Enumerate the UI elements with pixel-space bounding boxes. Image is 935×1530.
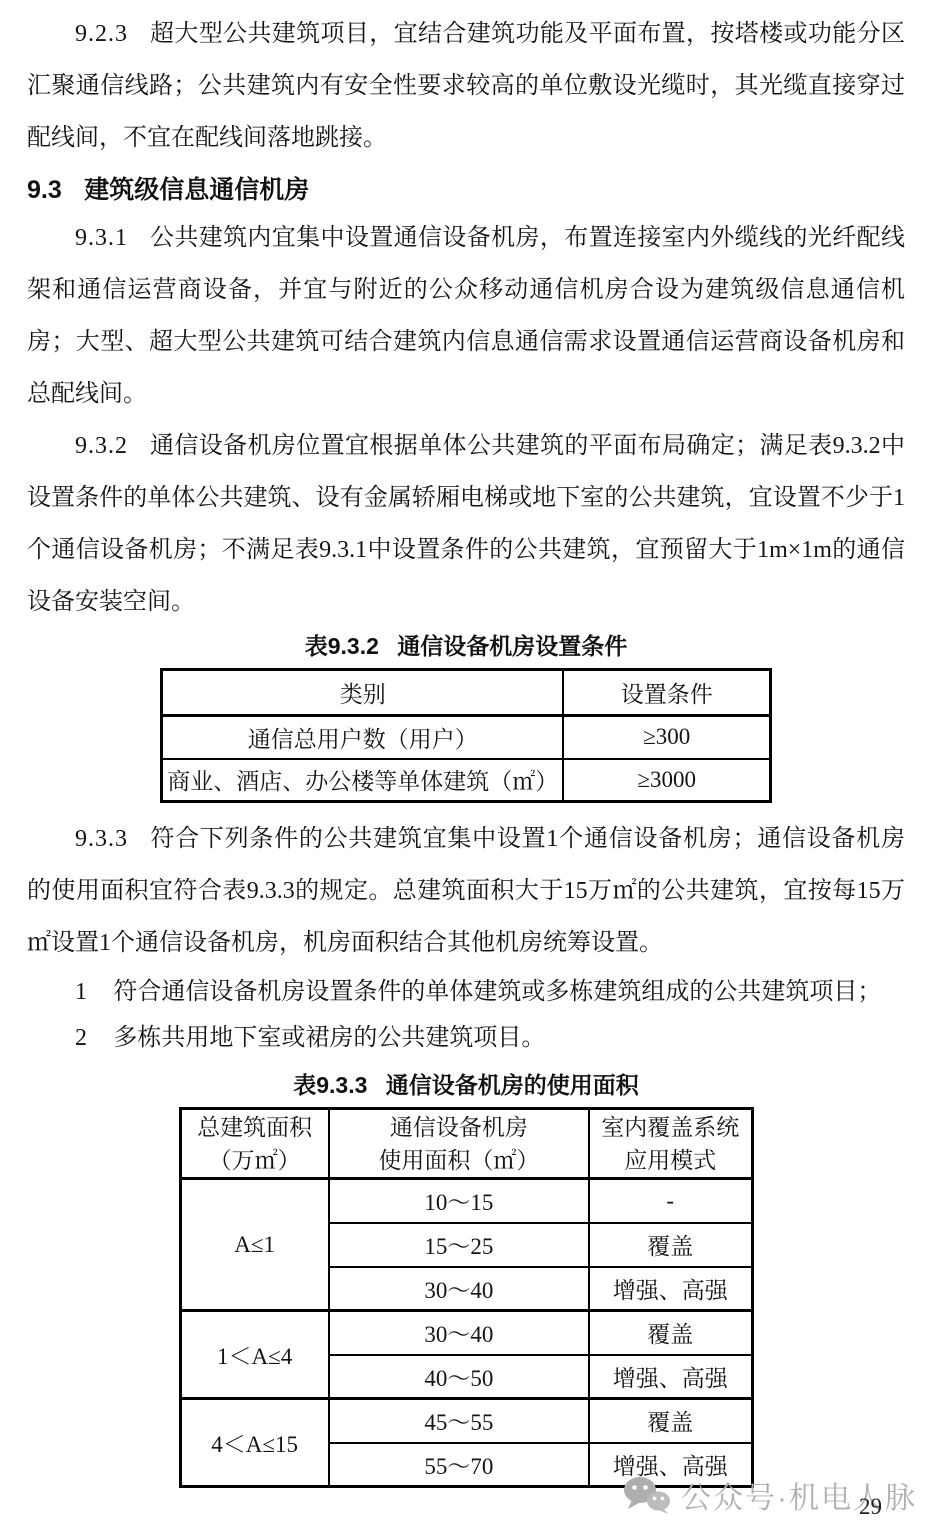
document-page: 9.2.3超大型公共建筑项目，宜结合建筑功能及平面布置，按塔楼或功能分区汇聚通信… — [0, 0, 935, 1530]
section-title: 建筑级信息通信机房 — [84, 176, 309, 204]
header-cell-total-area: 总建筑面积 （万㎡） — [180, 1109, 329, 1179]
page-content: 9.2.3超大型公共建筑项目，宜结合建筑功能及平面布置，按塔楼或功能分区汇聚通信… — [0, 0, 935, 1488]
clause-number: 9.3.1 — [75, 225, 128, 251]
table-9-3-3: 总建筑面积 （万㎡） 通信设备机房 使用面积（㎡） 室内覆盖系统 应用模式 A≤… — [179, 1107, 754, 1488]
table-9-3-2: 类别 设置条件 通信总用户数（用户） ≥300 商业、酒店、办公楼等单体建筑（㎡… — [160, 668, 772, 803]
cell-coverage-mode: 覆盖 — [589, 1311, 752, 1355]
cell-room-area: 15～25 — [329, 1223, 589, 1267]
paragraph-9-3-2: 9.3.2通信设备机房位置宜根据单体公共建筑的平面布局确定；满足表9.3.2中设… — [27, 420, 905, 628]
cell-area-range: A≤1 — [180, 1179, 329, 1311]
table-row: 通信总用户数（用户） ≥300 — [162, 716, 771, 759]
table-caption-label: 表9.3.2 — [305, 633, 379, 659]
item-text: 符合通信设备机房设置条件的单体建筑或多栋建筑组成的公共建筑项目； — [113, 979, 881, 1005]
clause-text: 符合下列条件的公共建筑宜集中设置1个通信设备机房；通信设备机房的使用面积宜符合表… — [27, 826, 905, 956]
cell-room-area: 55～70 — [329, 1443, 589, 1487]
table-9-3-2-caption: 表9.3.2通信设备机房设置条件 — [27, 630, 905, 662]
list-item-1: 1符合通信设备机房设置条件的单体建筑或多栋建筑组成的公共建筑项目； — [27, 969, 905, 1015]
clause-text: 超大型公共建筑项目，宜结合建筑功能及平面布置，按塔楼或功能分区汇聚通信线路；公共… — [27, 21, 905, 151]
table-caption-title: 通信设备机房设置条件 — [397, 633, 627, 659]
cell-condition: ≥300 — [563, 716, 770, 759]
cell-room-area: 40～50 — [329, 1355, 589, 1399]
table-header-row: 类别 设置条件 — [162, 670, 771, 716]
clause-number: 9.2.3 — [75, 21, 128, 47]
cell-area-range: 1＜A≤4 — [180, 1311, 329, 1399]
table-row: A≤1 10～15 - — [180, 1179, 752, 1223]
table-header-row: 总建筑面积 （万㎡） 通信设备机房 使用面积（㎡） 室内覆盖系统 应用模式 — [180, 1109, 752, 1179]
cell-coverage-mode: - — [589, 1179, 752, 1223]
cell-room-area: 30～40 — [329, 1311, 589, 1355]
cell-room-area: 30～40 — [329, 1267, 589, 1311]
table-row: 商业、酒店、办公楼等单体建筑（㎡） ≥3000 — [162, 759, 771, 802]
item-number: 2 — [75, 1025, 87, 1051]
cell-coverage-mode: 增强、高强 — [589, 1355, 752, 1399]
clause-text: 公共建筑内宜集中设置通信设备机房，布置连接室内外缆线的光纤配线架和通信运营商设备… — [27, 225, 905, 407]
table-caption-title: 通信设备机房的使用面积 — [386, 1072, 639, 1098]
table-row: 4＜A≤15 45～55 覆盖 — [180, 1399, 752, 1443]
cell-room-area: 45～55 — [329, 1399, 589, 1443]
paragraph-9-2-3: 9.2.3超大型公共建筑项目，宜结合建筑功能及平面布置，按塔楼或功能分区汇聚通信… — [27, 8, 905, 164]
cell-coverage-mode: 覆盖 — [589, 1223, 752, 1267]
header-cell-room-area: 通信设备机房 使用面积（㎡） — [329, 1109, 589, 1179]
page-number: 29 — [859, 1494, 882, 1520]
table-caption-label: 表9.3.3 — [293, 1072, 367, 1098]
list-item-2: 2多栋共用地下室或裙房的公共建筑项目。 — [27, 1015, 905, 1061]
cell-coverage-mode: 增强、高强 — [589, 1267, 752, 1311]
section-number: 9.3 — [27, 176, 62, 204]
header-cell-category: 类别 — [162, 670, 564, 716]
paragraph-9-3-3: 9.3.3符合下列条件的公共建筑宜集中设置1个通信设备机房；通信设备机房的使用面… — [27, 813, 905, 969]
cell-category: 商业、酒店、办公楼等单体建筑（㎡） — [162, 759, 564, 802]
table-9-3-3-caption: 表9.3.3通信设备机房的使用面积 — [27, 1069, 905, 1101]
table-row: 1＜A≤4 30～40 覆盖 — [180, 1311, 752, 1355]
cell-category: 通信总用户数（用户） — [162, 716, 564, 759]
cell-coverage-mode: 覆盖 — [589, 1399, 752, 1443]
header-cell-condition: 设置条件 — [563, 670, 770, 716]
cell-area-range: 4＜A≤15 — [180, 1399, 329, 1487]
cell-room-area: 10～15 — [329, 1179, 589, 1223]
item-text: 多栋共用地下室或裙房的公共建筑项目。 — [113, 1025, 545, 1051]
item-number: 1 — [75, 979, 87, 1005]
clause-text: 通信设备机房位置宜根据单体公共建筑的平面布局确定；满足表9.3.2中设置条件的单… — [27, 433, 905, 615]
clause-number: 9.3.2 — [75, 433, 128, 459]
wechat-icon — [623, 1476, 671, 1514]
paragraph-9-3-1: 9.3.1公共建筑内宜集中设置通信设备机房，布置连接室内外缆线的光纤配线架和通信… — [27, 212, 905, 420]
cell-condition: ≥3000 — [563, 759, 770, 802]
header-cell-coverage-mode: 室内覆盖系统 应用模式 — [589, 1109, 752, 1179]
section-heading-9-3: 9.3建筑级信息通信机房 — [27, 172, 905, 208]
clause-number: 9.3.3 — [75, 826, 128, 852]
